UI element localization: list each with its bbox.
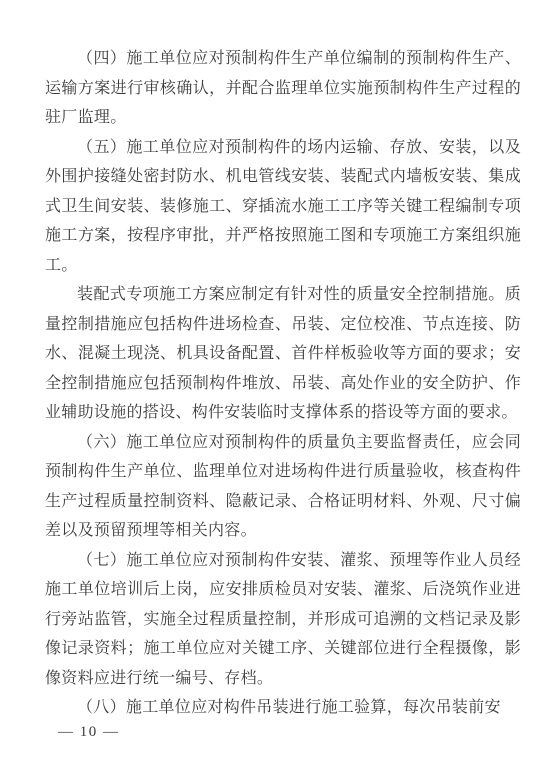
paragraph-clause-7: （七）施工单位应对预制构件安装、灌浆、预埋等作业人员经施工单位培训后上岗，应安排… <box>45 546 521 694</box>
paragraph-clause-6: （六）施工单位应对预制构件的质量负主要监督责任，应会同预制构件生产单位、监理单位… <box>45 428 521 546</box>
paragraph-clause-8: （八）施工单位应对构件吊装进行施工验算，每次吊装前安 <box>45 693 521 723</box>
document-body: （四）施工单位应对预制构件生产单位编制的预制构件生产、运输方案进行审核确认，并配… <box>45 44 521 723</box>
document-page: （四）施工单位应对预制构件生产单位编制的预制构件生产、运输方案进行审核确认，并配… <box>0 0 554 781</box>
paragraph-clause-5: （五）施工单位应对预制构件的场内运输、存放、安装，以及外围护接缝处密封防水、机电… <box>45 133 521 281</box>
paragraph-clause-4: （四）施工单位应对预制构件生产单位编制的预制构件生产、运输方案进行审核确认，并配… <box>45 44 521 133</box>
paragraph-clause-5-control-measures: 装配式专项施工方案应制定有针对性的质量安全控制措施。质量控制措施应包括构件进场检… <box>45 280 521 428</box>
page-number-footer: — 10 — <box>58 724 120 741</box>
